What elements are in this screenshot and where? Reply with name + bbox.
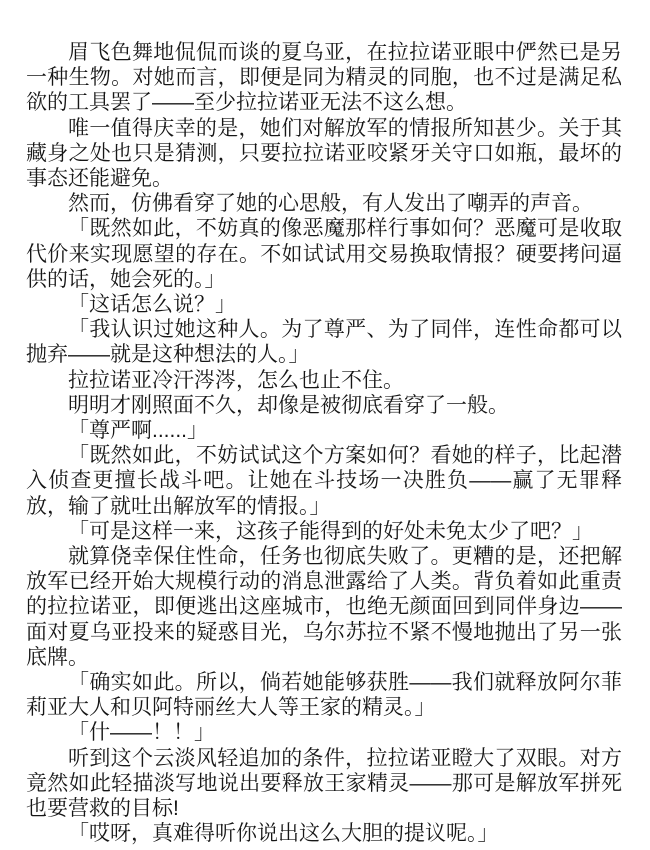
- paragraph: 拉拉诺亚冷汗涔涔，怎么也止不住。: [26, 368, 622, 393]
- paragraph: 然而，仿佛看穿了她的心思般，有人发出了嘲弄的声音。: [26, 191, 622, 216]
- paragraph: 「我认识过她这种人。为了尊严、为了同伴，连性命都可以抛弃——就是这种想法的人。」: [26, 317, 622, 367]
- paragraph: 唯一值得庆幸的是，她们对解放军的情报所知甚少。关于其藏身之处也只是猜测，只要拉拉…: [26, 116, 622, 192]
- paragraph: 「确实如此。所以，倘若她能够获胜——我们就释放阿尔菲莉亚大人和贝阿特丽丝大人等王…: [26, 670, 622, 720]
- paragraph: 明明才刚照面不久，却像是被彻底看穿了一般。: [26, 393, 622, 418]
- paragraph: 「既然如此，不妨试试这个方案如何？看她的样子，比起潜入侦查更擅长战斗吧。让她在斗…: [26, 443, 622, 519]
- paragraph: 听到这个云淡风轻追加的条件，拉拉诺亚瞪大了双眼。对方竟然如此轻描淡写地说出要释放…: [26, 746, 622, 822]
- paragraph: 「尊严啊......」: [26, 418, 622, 443]
- reader-page: 眉飞色舞地侃侃而谈的夏乌亚，在拉拉诺亚眼中俨然已是另一种生物。对她而言，即便是同…: [0, 0, 650, 850]
- paragraph: 「既然如此，不妨真的像恶魔那样行事如何？恶魔可是收取代价来实现愿望的存在。不如试…: [26, 216, 622, 292]
- paragraph: 「这话怎么说？」: [26, 292, 622, 317]
- paragraph: 「哎呀，真难得听你说出这么大胆的提议呢。」: [26, 821, 622, 846]
- paragraph: 「可是这样一来，这孩子能得到的好处未免太少了吧？」: [26, 519, 622, 544]
- paragraph-list: 眉飞色舞地侃侃而谈的夏乌亚，在拉拉诺亚眼中俨然已是另一种生物。对她而言，即便是同…: [26, 40, 622, 847]
- paragraph: 眉飞色舞地侃侃而谈的夏乌亚，在拉拉诺亚眼中俨然已是另一种生物。对她而言，即便是同…: [26, 40, 622, 116]
- paragraph: 「什——！！」: [26, 720, 622, 745]
- paragraph: 就算侥幸保住性命，任务也彻底失败了。更糟的是，还把解放军已经开始大规模行动的消息…: [26, 544, 622, 670]
